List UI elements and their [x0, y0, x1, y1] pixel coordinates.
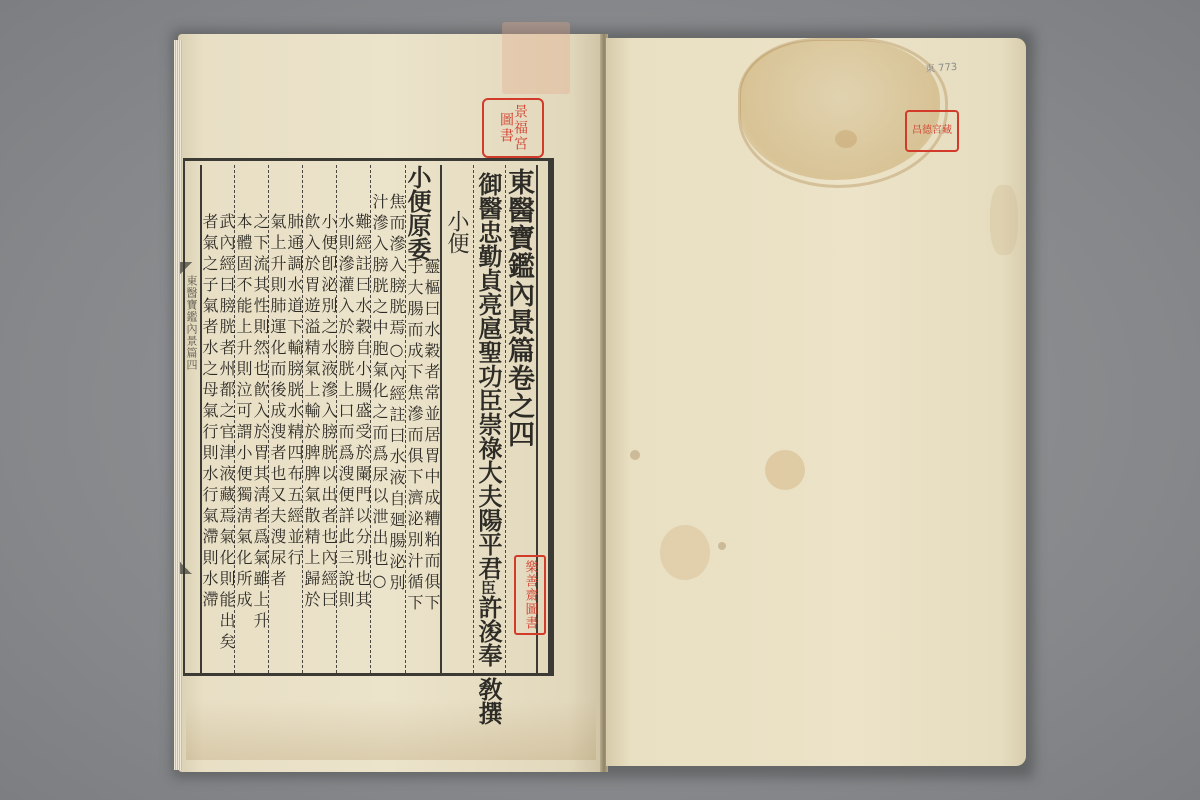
faded-seal-mark: [502, 22, 570, 94]
pencil-catalog-note: 東 773: [925, 61, 958, 76]
lead-commentary: 靈樞曰水穀者常並居胃中成糟粕而俱下 于大腸而成下焦滲而俱下濟泌別汁循下: [405, 258, 439, 615]
commentary-column: 小便卽泌別之水液滲入膀胱以出者也內經曰 飮入於胃遊溢精氣上輸於脾脾氣散精上歸於: [302, 163, 336, 669]
commentary-line-left: 者氣之子氣者水之母氣行則水行氣滯則水滯: [200, 213, 217, 669]
library-seal-right: 昌德宮藏: [905, 110, 959, 152]
commentary-column: 武內經曰膀胱者州都之官津液藏焉氣化則能出矣 者氣之子氣者水之母氣行則水行氣滯則水…: [200, 163, 234, 669]
commentary-line-right: 小便卽泌別之水液滲入膀胱以出者也內經曰: [319, 213, 336, 669]
stain-spot: [660, 525, 710, 580]
commentary-line-left: 氣上升則肺運化而後成溲者也又夫溲尿者: [268, 213, 285, 669]
stain-spot: [835, 130, 857, 148]
commentary-line-right: 焦而滲入膀胱焉○內經註曰水液自廻腸泌別: [387, 193, 404, 669]
border-thick-right: [548, 158, 554, 676]
commentary-line-left: 汁滲入膀胱之中胞氣化之而爲尿以泄出也○: [370, 193, 387, 669]
volume-title: 東醫寶鑑內景篇卷之四: [505, 168, 532, 448]
author-titles: 御醫忠勤貞亮扈聖功臣崇祿大夫陽平君: [474, 172, 503, 580]
commentary-line-right: 靈樞曰水穀者常並居胃中成糟粕而俱下: [422, 258, 439, 615]
stain-spot: [990, 185, 1018, 255]
commentary-line-right: 難經註曰水穀自小腸盛受於闌門以分別也其: [353, 213, 370, 669]
library-seal-side: 樂善齋圖書: [514, 555, 546, 635]
commentary-line-left: 于大腸而成下焦滲而俱下濟泌別汁循下: [405, 258, 422, 615]
commentary-column: 之下流其性則然也飮入於胃其淸者爲氣雖上升 本體固不能上升則泣可謂小便獨淸氣化所成: [234, 163, 268, 669]
commentary-line-right: 之下流其性則然也飮入於胃其淸者爲氣雖上升: [251, 213, 268, 669]
author-end: 敎撰: [474, 677, 503, 725]
stain-spot: [765, 450, 805, 490]
commentary-column: 難經註曰水穀自小腸盛受於闌門以分別也其 水則滲灌入於膀胱上口而爲溲便詳此三說則: [336, 163, 370, 669]
commentary-line-right: 武內經曰膀胱者州都之官津液藏焉氣化則能出矣: [217, 213, 234, 669]
commentary-line-left: 水則滲灌入於膀胱上口而爲溲便詳此三說則: [336, 213, 353, 669]
bottom-stain: [186, 700, 596, 760]
commentary-column: 焦而滲入膀胱焉○內經註曰水液自廻腸泌別 汁滲入膀胱之中胞氣化之而爲尿以泄出也○: [370, 163, 404, 669]
commentary-column: 肺通調水道下輸膀胱水精四布五經並行 氣上升則肺運化而後成溲者也又夫溲尿者: [268, 163, 302, 669]
fold-margin-title: 東醫寶鑑內景篇四: [183, 275, 199, 371]
minister-mark: 臣: [479, 580, 497, 595]
commentary-line-left: 飮入於胃遊溢精氣上輸於脾脾氣散精上歸於: [302, 213, 319, 669]
library-seal-top: 景福宮圖書: [482, 98, 544, 158]
stain-spot: [630, 450, 640, 460]
fish-tail-mark-top: [180, 262, 196, 276]
section-heading: 小便: [445, 210, 467, 254]
commentary-line-right: 肺通調水道下輸膀胱水精四布五經並行: [285, 213, 302, 669]
page-edges: [174, 40, 182, 770]
author-credit: 御醫忠勤貞亮扈聖功臣崇祿大夫陽平君臣許浚奉敎撰: [476, 172, 500, 725]
fish-tail-mark-bottom: [180, 560, 196, 574]
subsection-heading: 小便原委: [405, 165, 429, 261]
stain-spot: [718, 542, 726, 550]
author-name: 許浚奉: [474, 595, 503, 667]
commentary-line-left: 本體固不能上升則泣可謂小便獨淸氣化所成: [234, 213, 251, 669]
